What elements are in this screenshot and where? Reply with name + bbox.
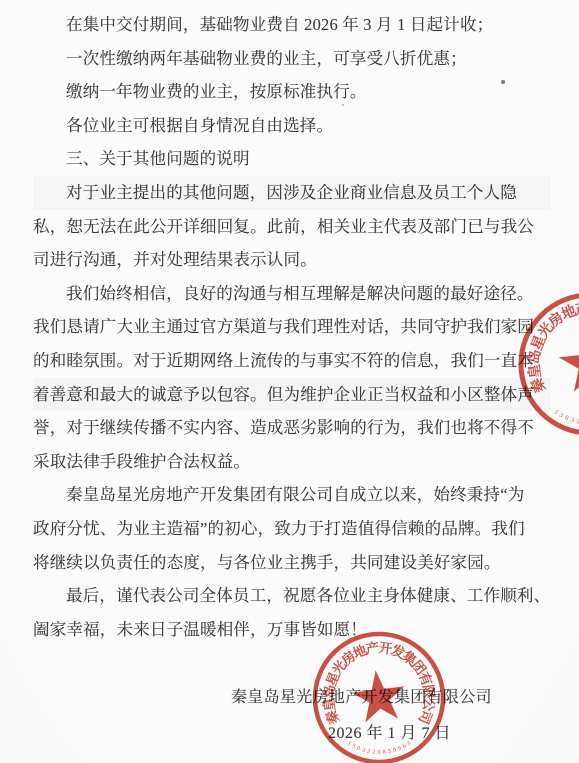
- signature-company-name: 秦皇岛星光房地产开发集团有限公司: [231, 683, 492, 713]
- svg-text:房: 房: [337, 647, 359, 669]
- letter-line: 的和睦氛围。对于近期网络上流传的与事实不符的信息，我们一直本: [33, 344, 551, 378]
- letter-line: 阖家幸福，未来日子温暖相伴，万事皆如愿！: [33, 613, 551, 647]
- svg-text:3: 3: [570, 416, 575, 424]
- letter-line: 我们恳请广大业主通过官方渠道与我们理性对话，共同守护我们家园: [33, 310, 551, 344]
- letter-line: 各位业主可根据自身情况自由选择。: [33, 109, 551, 143]
- svg-text:5: 5: [388, 749, 392, 755]
- letter-line: 对于业主提出的其他问题，因涉及企业商业信息及员工个人隐: [33, 176, 551, 210]
- svg-text:2: 2: [366, 749, 370, 755]
- letter-body-text: 在集中交付期间，基础物业费自 2026 年 3 月 1 日起计收；一次性缴纳两年…: [33, 8, 551, 646]
- letter-line: 在集中交付期间，基础物业费自 2026 年 3 月 1 日起计收；: [33, 8, 551, 42]
- letter-line: 我们始终相信，良好的沟通与相互理解是解决问题的最好途径。: [33, 277, 551, 311]
- svg-text:8: 8: [383, 750, 387, 756]
- letter-line: 司进行沟通，并对处理结果表示认同。: [33, 243, 551, 277]
- svg-text:地: 地: [559, 302, 579, 323]
- svg-text:0: 0: [378, 750, 381, 756]
- letter-line: 着善意和最大的诚意予以包容。但为维护企业正当权益和小区整体声: [33, 378, 551, 412]
- letter-line: 采取法律手段维护合法权益。: [33, 445, 551, 479]
- scanned-letter-page: 在集中交付期间，基础物业费自 2026 年 3 月 1 日起计收；一次性缴纳两年…: [0, 0, 579, 763]
- svg-text:1: 1: [553, 409, 560, 417]
- svg-text:3: 3: [558, 412, 564, 420]
- svg-text:集: 集: [399, 647, 420, 668]
- scan-speck: [501, 80, 505, 84]
- letter-line: 三、关于其他问题的说明: [33, 142, 551, 176]
- letter-line: 最后，谨代表公司全体员工，祝愿各位业主身体健康、工作顺利、: [33, 579, 551, 613]
- letter-line: 誉，对于继续传播不实内容、造成恶劣影响的行为，我们也将不得不: [33, 411, 551, 445]
- svg-text:0: 0: [564, 414, 570, 422]
- signature-date: 2026 年 1 月 7 日: [328, 719, 451, 749]
- svg-text:2: 2: [372, 750, 376, 756]
- letter-line: 一次性缴纳两年基础物业费的业主，可享受八折优惠；: [33, 42, 551, 76]
- svg-text:光: 光: [328, 657, 349, 678]
- letter-line: 缴纳一年物业费的业主，按原标准执行。: [33, 75, 551, 109]
- letter-line: 私，恕无法在此公开详细回复。此前，相关业主代表及部门已与我公: [33, 210, 551, 244]
- letter-line: 政府分忧、为业主造福”的初心，致力于打造值得信赖的品牌。我们: [33, 512, 551, 546]
- scan-speck: [342, 104, 344, 106]
- letter-line: 将继续以负责任的态度，与各位业主携手，共同建设美好家园。: [33, 546, 551, 580]
- letter-line: 秦皇岛星光房地产开发集团有限公司自成立以来，始终秉持“为: [33, 478, 551, 512]
- svg-text:团: 团: [409, 657, 430, 678]
- svg-text:产: 产: [574, 299, 579, 319]
